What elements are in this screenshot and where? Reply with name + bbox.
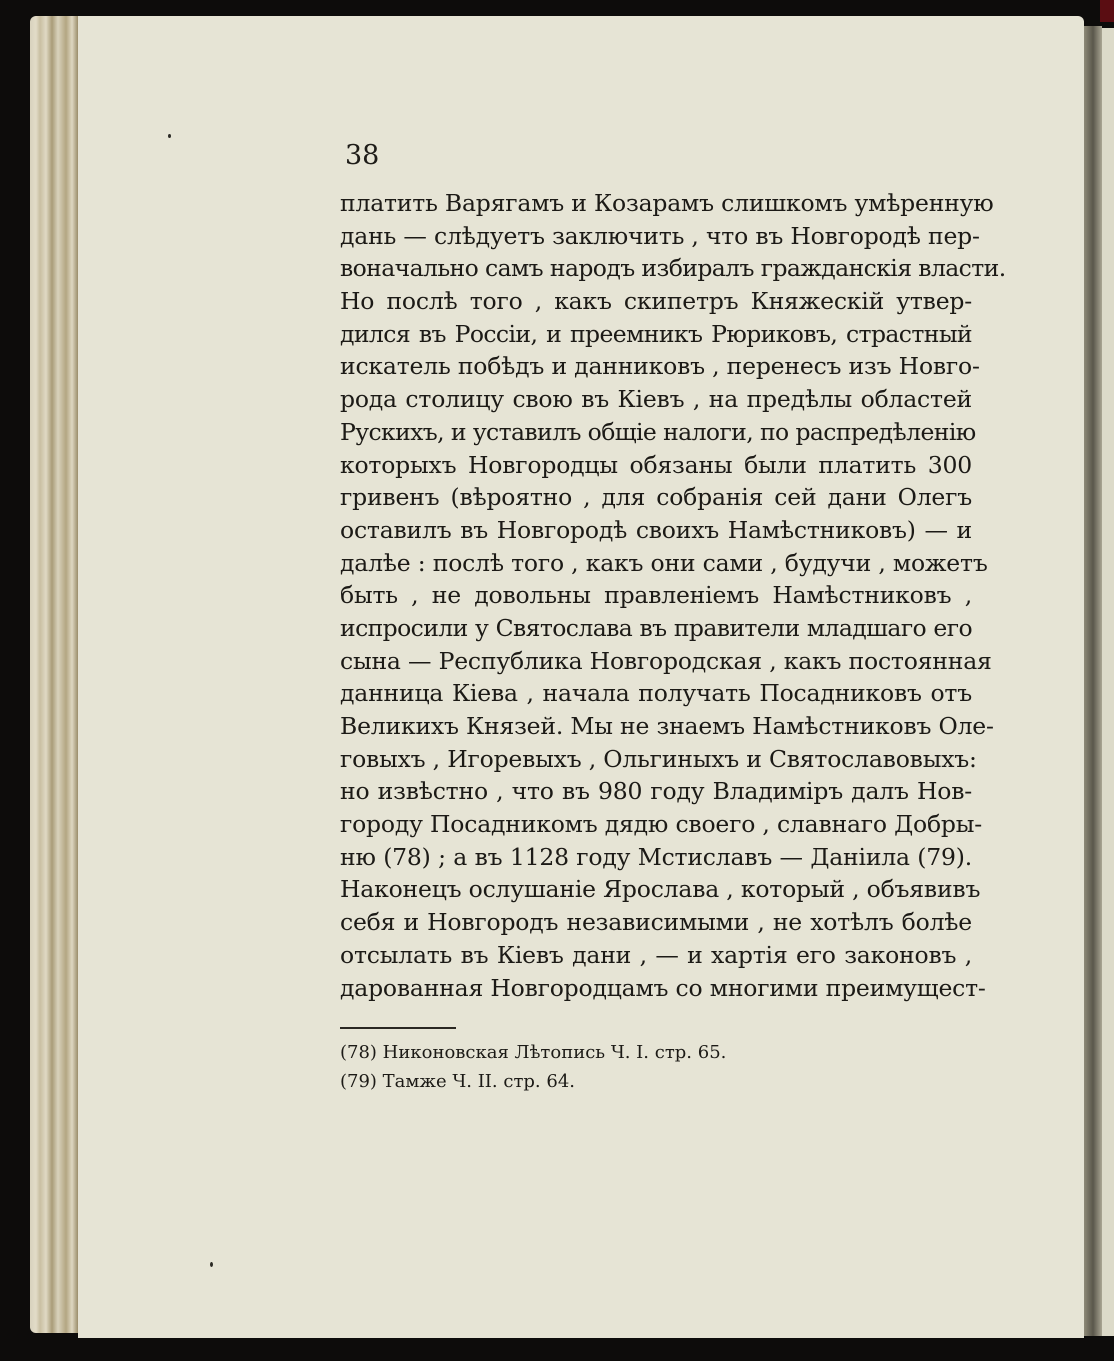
text-line: Великихъ Князей. Мы не знаемъ Намѣстнико… [340,710,972,743]
text-line: быть , не довольны правленіемъ Намѣстник… [340,579,972,612]
paper-speck [210,1262,213,1267]
text-line: дарованная Новгородцамъ со многими преим… [340,972,972,1005]
facing-page-edge [1102,28,1114,1336]
text-line: сына — Республика Новгородская , какъ по… [340,645,972,678]
text-line: данница Кіева , начала получать Посадник… [340,677,972,710]
text-line: Наконецъ ослушаніе Ярослава , который , … [340,873,972,906]
footnote-separator [340,1027,456,1029]
text-line: воначально самъ народъ избиралъ гражданс… [340,252,972,285]
body-text: платить Варягамъ и Козарамъ слишкомъ умѣ… [340,187,972,1004]
text-line: рода столицу свою въ Кіевъ , на предѣлы … [340,383,972,416]
text-line: оставилъ въ Новгородѣ своихъ Намѣстников… [340,514,972,547]
bookmark-ribbon [1100,0,1114,22]
text-line: городу Посадникомъ дядю своего , славнаг… [340,808,972,841]
text-line: говыхъ , Игоревыхъ , Ольгиныхъ и Святосл… [340,743,972,776]
text-line: гривенъ (вѣроятно , для собранія сей дан… [340,481,972,514]
page-number: 38 [345,140,379,171]
paper-speck [168,134,171,138]
text-line: дился въ Россіи, и преемникъ Рюриковъ, с… [340,318,972,351]
book-gutter [1084,26,1102,1336]
text-line: ню (78) ; а въ 1128 году Мстиславъ — Дан… [340,841,972,874]
text-line: платить Варягамъ и Козарамъ слишкомъ умѣ… [340,187,972,220]
footnotes: (78) Никоновская Лѣтопись Ч. I. стр. 65.… [340,1038,726,1096]
text-line: испросили у Святослава въ правители млад… [340,612,972,645]
text-line: которыхъ Новгородцы обязаны были платить… [340,449,972,482]
text-line: дань — слѣдуетъ заключить , что въ Новго… [340,220,972,253]
text-line: далѣе : послѣ того , какъ они сами , буд… [340,547,972,580]
text-line: искатель побѣдъ и данниковъ , перенесъ и… [340,350,972,383]
text-line: отсылать въ Кіевъ дани , — и хартія его … [340,939,972,972]
text-line: Рускихъ, и уставилъ общіе налоги, по рас… [340,416,972,449]
stacked-page-edges [30,16,84,1333]
text-line: себя и Новгородъ независимыми , не хотѣл… [340,906,972,939]
text-line: Но послѣ того , какъ скипетръ Княжескій … [340,285,972,318]
footnote-78: (78) Никоновская Лѣтопись Ч. I. стр. 65. [340,1038,726,1067]
text-line: но извѣстно , что въ 980 году Владиміръ … [340,775,972,808]
footnote-79: (79) Тамже Ч. II. стр. 64. [340,1067,726,1096]
